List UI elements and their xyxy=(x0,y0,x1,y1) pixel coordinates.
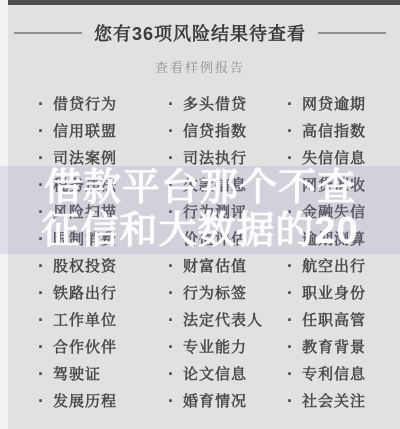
risk-item-label: 风险扫描 xyxy=(53,201,117,222)
risk-item-label: 职业身份 xyxy=(302,282,366,303)
risk-column: ·多头借贷·信贷指数·司法执行·欠款信息·行为测评·价值评估·财富估值·行为标签… xyxy=(168,90,287,429)
bullet-icon: · xyxy=(168,203,175,221)
bullet-icon: · xyxy=(38,257,45,275)
risk-item: ·铁路出行 xyxy=(38,279,168,306)
bullet-icon: · xyxy=(38,230,45,248)
bullet-icon: · xyxy=(168,257,175,275)
risk-item-label: 欠款信息 xyxy=(183,174,247,195)
risk-item: ·逾期测算 xyxy=(287,225,400,252)
risk-item: ·行为测评 xyxy=(168,198,287,225)
risk-item: ·税务违法 xyxy=(38,171,168,198)
risk-item: ·多头借贷 xyxy=(168,90,287,117)
risk-item-label: 网贷催收 xyxy=(302,174,366,195)
risk-item: ·信用联盟 xyxy=(38,117,168,144)
bullet-icon: · xyxy=(168,230,175,248)
subtitle-row: 查看样例报告 xyxy=(0,57,400,77)
risk-item: ·论文信息 xyxy=(168,360,287,387)
risk-item-label: 社会关注 xyxy=(302,390,366,411)
bullet-icon: · xyxy=(168,365,175,383)
risk-item: ·风险扫描 xyxy=(38,198,168,225)
risk-item: ·高信指数 xyxy=(287,117,400,144)
risk-item-label: 航空出行 xyxy=(302,255,366,276)
top-edge-strip xyxy=(8,0,400,5)
bullet-icon: · xyxy=(168,311,175,329)
risk-item-label: 金融失信 xyxy=(302,201,366,222)
risk-item: ·职业身份 xyxy=(287,279,400,306)
risk-item: ·法定代表人 xyxy=(168,306,287,333)
risk-item-label: 工作单位 xyxy=(53,309,117,330)
risk-item-label: 财富估值 xyxy=(183,255,247,276)
risk-item-label: 论文信息 xyxy=(183,363,247,384)
risk-item-label: 行为标签 xyxy=(183,282,247,303)
bullet-icon: · xyxy=(38,311,45,329)
risk-item: ·行为标签 xyxy=(168,279,287,306)
risk-item: ·司法案例 xyxy=(38,144,168,171)
bullet-icon: · xyxy=(38,365,45,383)
risk-item-label: 法定代表人 xyxy=(183,309,263,330)
risk-item: ·股权投资 xyxy=(38,252,168,279)
risk-item-label: 司法案例 xyxy=(53,147,117,168)
risk-item-label: 信贷指数 xyxy=(183,120,247,141)
risk-item: ·失信信息 xyxy=(287,144,400,171)
risk-column: ·借贷行为·信用联盟·司法案例·税务违法·风险扫描·限制消费·股权投资·铁路出行… xyxy=(38,90,168,429)
bullet-icon: · xyxy=(38,338,45,356)
bullet-icon: · xyxy=(287,284,294,302)
risk-item: ·网贷逾期 xyxy=(287,90,400,117)
risk-item: ·财富估值 xyxy=(168,252,287,279)
risk-item-label: 失信信息 xyxy=(302,147,366,168)
risk-item: ·任职高管 xyxy=(287,306,400,333)
bullet-icon: · xyxy=(168,122,175,140)
bullet-icon: · xyxy=(38,284,45,302)
risk-item-label: 行为测评 xyxy=(183,201,247,222)
risk-item-label: 教育背景 xyxy=(302,336,366,357)
bullet-icon: · xyxy=(168,392,175,410)
risk-grid: ·借贷行为·信用联盟·司法案例·税务违法·风险扫描·限制消费·股权投资·铁路出行… xyxy=(38,90,400,429)
risk-item-label: 股权投资 xyxy=(53,255,117,276)
bullet-icon: · xyxy=(38,122,45,140)
risk-item-label: 借贷行为 xyxy=(53,93,117,114)
risk-item-label: 合作伙伴 xyxy=(53,336,117,357)
risk-item-label: 专利信息 xyxy=(302,363,366,384)
bullet-icon: · xyxy=(38,149,45,167)
risk-item-label: 多头借贷 xyxy=(183,93,247,114)
bullet-icon: · xyxy=(287,122,294,140)
risk-item-label: 司法执行 xyxy=(183,147,247,168)
bullet-icon: · xyxy=(38,95,45,113)
bullet-icon: · xyxy=(287,95,294,113)
risk-item: ·合作伙伴 xyxy=(38,333,168,360)
risk-item: ·专利信息 xyxy=(287,360,400,387)
bullet-icon: · xyxy=(38,203,45,221)
risk-item: ·驾驶证 xyxy=(38,360,168,387)
risk-item-label: 任职高管 xyxy=(302,309,366,330)
bullet-icon: · xyxy=(38,176,45,194)
bullet-icon: · xyxy=(287,365,294,383)
risk-item: ·信贷指数 xyxy=(168,117,287,144)
bullet-icon: · xyxy=(287,176,294,194)
risk-item-label: 驾驶证 xyxy=(53,363,101,384)
risk-item: ·司法执行 xyxy=(168,144,287,171)
risk-item: ·婚育情况 xyxy=(168,387,287,414)
risk-item: ·教育背景 xyxy=(287,333,400,360)
header: 您有36项风险结果待查看 xyxy=(0,20,400,46)
risk-item-label: 网贷逾期 xyxy=(302,93,366,114)
risk-item: ·欠款信息 xyxy=(168,171,287,198)
risk-item-label: 高信指数 xyxy=(302,120,366,141)
bullet-icon: · xyxy=(287,203,294,221)
bullet-icon: · xyxy=(287,338,294,356)
bullet-icon: · xyxy=(287,392,294,410)
risk-item-label: 婚育情况 xyxy=(183,390,247,411)
bullet-icon: · xyxy=(38,392,45,410)
view-sample-report-button[interactable]: 查看样例报告 xyxy=(155,60,245,75)
bullet-icon: · xyxy=(168,176,175,194)
risk-item: ·金融失信 xyxy=(287,198,400,225)
risk-item-label: 铁路出行 xyxy=(53,282,117,303)
bullet-icon: · xyxy=(168,95,175,113)
divider-line-right xyxy=(318,32,386,34)
risk-item-label: 价值评估 xyxy=(183,228,247,249)
risk-item: ·价值评估 xyxy=(168,225,287,252)
bullet-icon: · xyxy=(287,257,294,275)
bullet-icon: · xyxy=(287,149,294,167)
bullet-icon: · xyxy=(287,230,294,248)
bullet-icon: · xyxy=(168,284,175,302)
risk-item-label: 限制消费 xyxy=(53,228,117,249)
risk-item: ·发展历程 xyxy=(38,387,168,414)
divider-line-left xyxy=(14,32,82,34)
risk-item-label: 信用联盟 xyxy=(53,120,117,141)
risk-column: ·网贷逾期·高信指数·失信信息·网贷催收·金融失信·逾期测算·航空出行·职业身份… xyxy=(287,90,400,429)
risk-item-label: 逾期测算 xyxy=(302,228,366,249)
bullet-icon: · xyxy=(168,338,175,356)
bullet-icon: · xyxy=(287,311,294,329)
bullet-icon: · xyxy=(168,149,175,167)
risk-item: ·社会关注 xyxy=(287,387,400,414)
risk-item: ·专业能力 xyxy=(168,333,287,360)
risk-item-label: 发展历程 xyxy=(53,390,117,411)
risk-item: ·工作单位 xyxy=(38,306,168,333)
risk-item: ·限制消费 xyxy=(38,225,168,252)
page-title: 您有36项风险结果待查看 xyxy=(94,20,306,46)
risk-item-label: 税务违法 xyxy=(53,174,117,195)
risk-item: ·航空出行 xyxy=(287,252,400,279)
risk-item: ·借贷行为 xyxy=(38,90,168,117)
risk-item: ·网贷催收 xyxy=(287,171,400,198)
risk-item-label: 专业能力 xyxy=(183,336,247,357)
